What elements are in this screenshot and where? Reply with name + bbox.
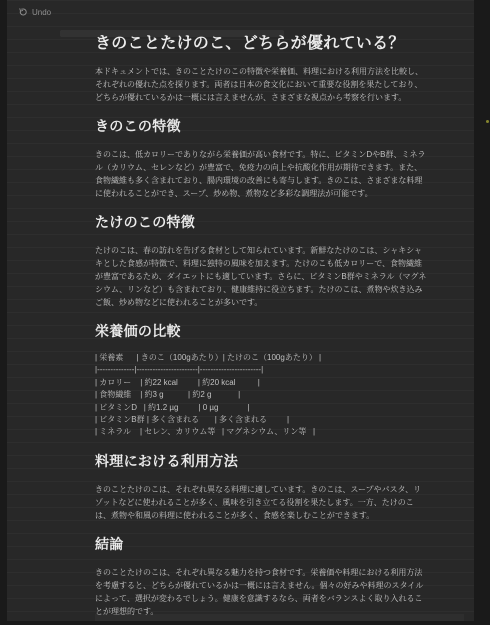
section-paragraph-kinoko[interactable]: きのこは、低カロリーでありながら栄養価が高い食材です。特に、ビタミンDやB群、ミ… xyxy=(95,148,427,200)
undo-label: Undo xyxy=(32,8,51,17)
table-row-vitamin-b[interactable]: | ビタミンB群 | 多く含まれる | 多く含まれる | xyxy=(95,414,427,426)
document: きのことたけのこ、どちらが優れている？ 本ドキュメントでは、きのことたけのこの特… xyxy=(95,0,427,618)
table-row-fiber[interactable]: | 食物繊維 | 約3 g | 約2 g | xyxy=(95,389,427,401)
section-paragraph-usage[interactable]: きのことたけのこは、それぞれ異なる料理に適しています。きのこは、スープやパスタ、… xyxy=(95,483,427,522)
table-row-vitamin-d[interactable]: | ビタミンD | 約1.2 µg | 0 µg | xyxy=(95,402,427,414)
nutrition-table: | 栄養素 | きのこ（100gあたり）| たけのこ（100gあたり） | |-… xyxy=(95,352,427,439)
section-heading-kinoko[interactable]: きのこの特徴 xyxy=(95,117,427,135)
scroll-marker xyxy=(486,120,489,123)
undo-button[interactable]: Undo xyxy=(13,4,56,20)
section-heading-takenoko[interactable]: たけのこの特徴 xyxy=(95,213,427,231)
table-row-minerals[interactable]: | ミネラル | セレン、カリウム等 | マグネシウム、リン等 | xyxy=(95,426,427,438)
section-heading-usage[interactable]: 料理における利用方法 xyxy=(95,452,427,470)
document-title[interactable]: きのことたけのこ、どちらが優れている？ xyxy=(95,33,427,55)
table-separator-row[interactable]: |--------------|-----------------------|… xyxy=(95,364,427,376)
section-heading-conclusion[interactable]: 結論 xyxy=(95,535,427,553)
document-canvas: きのことたけのこ、どちらが優れている？ 本ドキュメントでは、きのことたけのこの特… xyxy=(7,0,474,621)
section-paragraph-conclusion[interactable]: きのことたけのこは、それぞれ異なる魅力を持つ食材です。栄養価や料理における利用方… xyxy=(95,566,427,618)
table-row-calories[interactable]: | カロリー | 約22 kcal | 約20 kcal | xyxy=(95,377,427,389)
intro-paragraph[interactable]: 本ドキュメントでは、きのことたけのこの特徴や栄養価、料理における利用方法を比較し… xyxy=(95,65,427,104)
app-window: きのことたけのこ、どちらが優れている？ 本ドキュメントでは、きのことたけのこの特… xyxy=(0,0,490,625)
section-paragraph-takenoko[interactable]: たけのこは、春の訪れを告げる食材として知られています。新鮮なたけのこは、シャキシ… xyxy=(95,244,427,309)
undo-icon xyxy=(18,7,28,17)
table-header-row[interactable]: | 栄養素 | きのこ（100gあたり）| たけのこ（100gあたり） | xyxy=(95,352,427,364)
section-heading-nutrition[interactable]: 栄養価の比較 xyxy=(95,322,427,340)
next-block-highlight xyxy=(95,614,464,621)
